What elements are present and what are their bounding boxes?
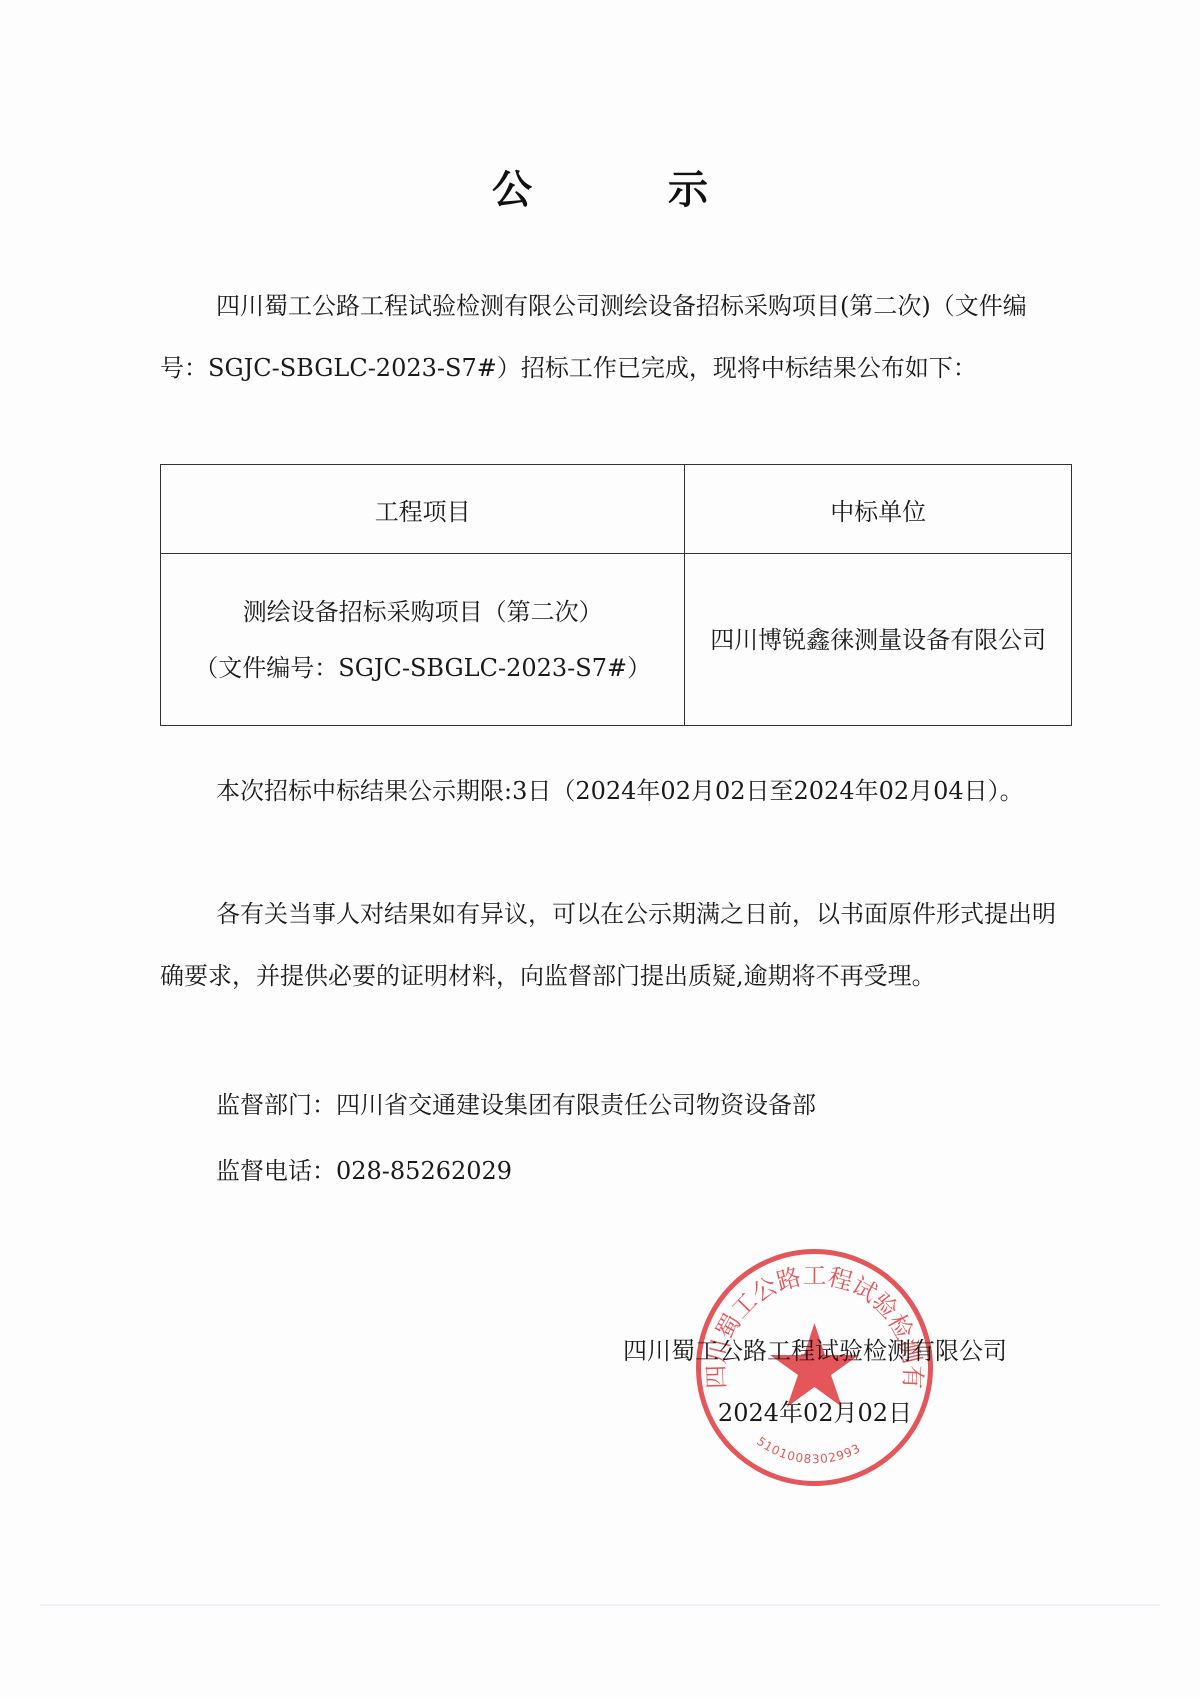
signature-block: 四川蜀工公路工程试验检测有限公司 2024年02月02日	[590, 1320, 1040, 1444]
signature-company: 四川蜀工公路工程试验检测有限公司	[590, 1320, 1040, 1382]
scan-edge-line	[40, 1604, 1160, 1606]
supervisor-phone-text: 监督电话：028-85262029	[216, 1157, 512, 1185]
project-file-number: （文件编号：SGJC-SBGLC-2023-S7#）	[162, 640, 683, 696]
objection-paragraph: 各有关当事人对结果如有异议，可以在公示期满之日前，以书面原件形式提出明确要求，并…	[160, 883, 1065, 1007]
objection-text: 各有关当事人对结果如有异议，可以在公示期满之日前，以书面原件形式提出明确要求，并…	[160, 900, 1056, 990]
table-row: 测绘设备招标采购项目（第二次） （文件编号：SGJC-SBGLC-2023-S7…	[161, 554, 1072, 726]
document-page: 公 示 四川蜀工公路工程试验检测有限公司测绘设备招标采购项目(第二次)（文件编号…	[0, 0, 1200, 1697]
supervisor-phone: 监督电话：028-85262029	[160, 1140, 1065, 1202]
signature-date: 2024年02月02日	[590, 1382, 1040, 1444]
award-table: 工程项目 中标单位 测绘设备招标采购项目（第二次） （文件编号：SGJC-SBG…	[160, 464, 1072, 726]
supervisor-department: 监督部门：四川省交通建设集团有限责任公司物资设备部	[160, 1074, 1065, 1136]
supervisor-department-text: 监督部门：四川省交通建设集团有限责任公司物资设备部	[216, 1091, 816, 1119]
header-winner: 中标单位	[685, 465, 1072, 554]
table-header-row: 工程项目 中标单位	[161, 465, 1072, 554]
document-title: 公 示	[0, 158, 1200, 215]
intro-text: 四川蜀工公路工程试验检测有限公司测绘设备招标采购项目(第二次)（文件编号：SGJ…	[160, 292, 1027, 382]
project-name: 测绘设备招标采购项目（第二次）	[162, 584, 683, 640]
cell-project: 测绘设备招标采购项目（第二次） （文件编号：SGJC-SBGLC-2023-S7…	[161, 554, 685, 726]
cell-winner: 四川博锐鑫徕测量设备有限公司	[685, 554, 1072, 726]
header-project: 工程项目	[161, 465, 685, 554]
intro-paragraph: 四川蜀工公路工程试验检测有限公司测绘设备招标采购项目(第二次)（文件编号：SGJ…	[160, 275, 1065, 399]
period-text: 本次招标中标结果公示期限:3日（2024年02月02日至2024年02月04日）…	[216, 777, 1024, 805]
period-paragraph: 本次招标中标结果公示期限:3日（2024年02月02日至2024年02月04日）…	[160, 760, 1065, 822]
